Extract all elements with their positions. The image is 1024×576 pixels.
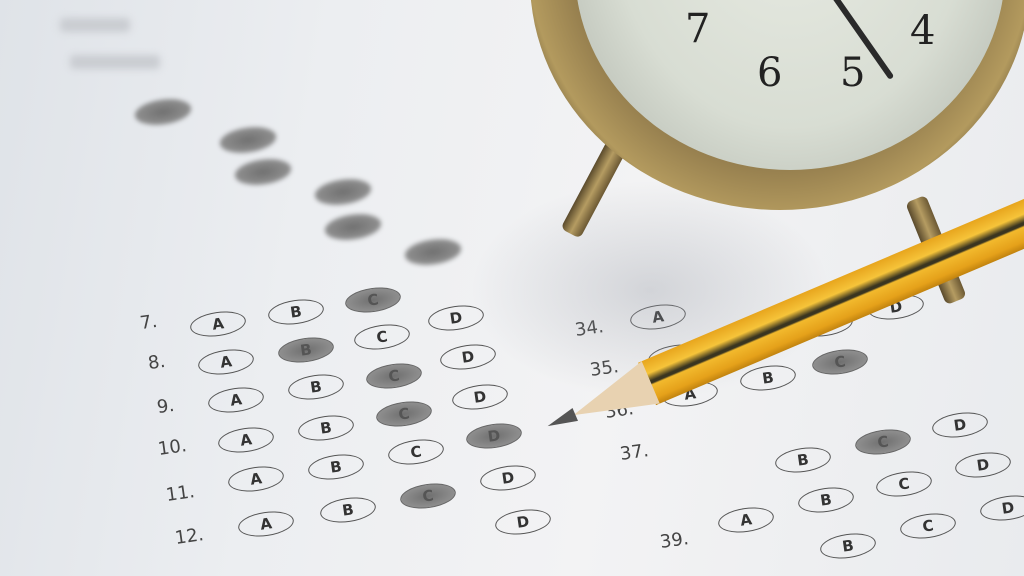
bubble-b[interactable]: B	[319, 494, 378, 526]
bubble-c[interactable]: C	[875, 468, 934, 500]
question-number: 39.	[659, 528, 690, 553]
bubble-a[interactable]: A	[207, 384, 266, 416]
bubble-b[interactable]: B	[267, 296, 326, 328]
bubble-d[interactable]: D	[954, 449, 1013, 481]
bubble-a[interactable]: A	[717, 504, 776, 536]
clock-numeral: 4	[910, 8, 935, 54]
blurred-sheet-top	[0, 0, 560, 300]
question-number: 8.	[147, 351, 167, 374]
bubble-c[interactable]: C	[899, 510, 958, 542]
header-line	[60, 18, 130, 32]
bubble-d[interactable]: D	[479, 462, 538, 494]
bubble-c[interactable]: C	[811, 346, 870, 378]
clock-numeral: 5	[840, 50, 865, 96]
bubble-a[interactable]: A	[227, 463, 286, 495]
clock-numeral: 7	[685, 6, 710, 52]
pencil-lead	[545, 408, 578, 433]
bubble-a[interactable]: A	[217, 424, 276, 456]
photo-scene: 7. A B C D 8. A B C D 9. A B C D 10. A B…	[0, 0, 1024, 576]
bubble-b[interactable]: B	[287, 371, 346, 403]
bubble-a[interactable]: A	[189, 308, 248, 340]
bubble-b[interactable]: B	[819, 530, 878, 562]
question-number: 9.	[156, 395, 176, 418]
header-line	[70, 55, 160, 69]
bubble-b[interactable]: B	[307, 451, 366, 483]
question-number: 12.	[174, 524, 205, 549]
bubble-c[interactable]: C	[375, 398, 434, 430]
question-number: 7.	[139, 311, 159, 334]
question-number: 11.	[165, 481, 196, 506]
bubble-b[interactable]: B	[277, 334, 336, 366]
bubble-d[interactable]: D	[494, 506, 553, 538]
bubble	[219, 124, 278, 156]
question-number: 10.	[157, 435, 188, 460]
bubble-d[interactable]: D	[439, 341, 498, 373]
bubble-c[interactable]: C	[365, 360, 424, 392]
bubble-c[interactable]: C	[854, 426, 913, 458]
bubble-d[interactable]: D	[931, 409, 990, 441]
bubble-b[interactable]: B	[774, 444, 833, 476]
bubble	[404, 236, 463, 268]
bubble-c[interactable]: C	[387, 436, 446, 468]
bubble-d[interactable]: D	[451, 381, 510, 413]
bubble	[314, 176, 373, 208]
bubble-b[interactable]: B	[797, 484, 856, 516]
bubble-a[interactable]: A	[237, 508, 296, 540]
bubble	[324, 211, 383, 243]
bubble-a[interactable]: A	[197, 346, 256, 378]
bubble-d[interactable]: D	[465, 420, 524, 452]
bubble	[234, 156, 293, 188]
clock-numeral: 6	[757, 50, 782, 96]
bubble-c[interactable]: C	[399, 480, 458, 512]
bubble-c[interactable]: C	[353, 321, 412, 353]
bubble-b[interactable]: B	[297, 412, 356, 444]
bubble	[134, 96, 193, 128]
bubble-d[interactable]: D	[979, 492, 1024, 524]
question-number: 37.	[619, 440, 650, 465]
